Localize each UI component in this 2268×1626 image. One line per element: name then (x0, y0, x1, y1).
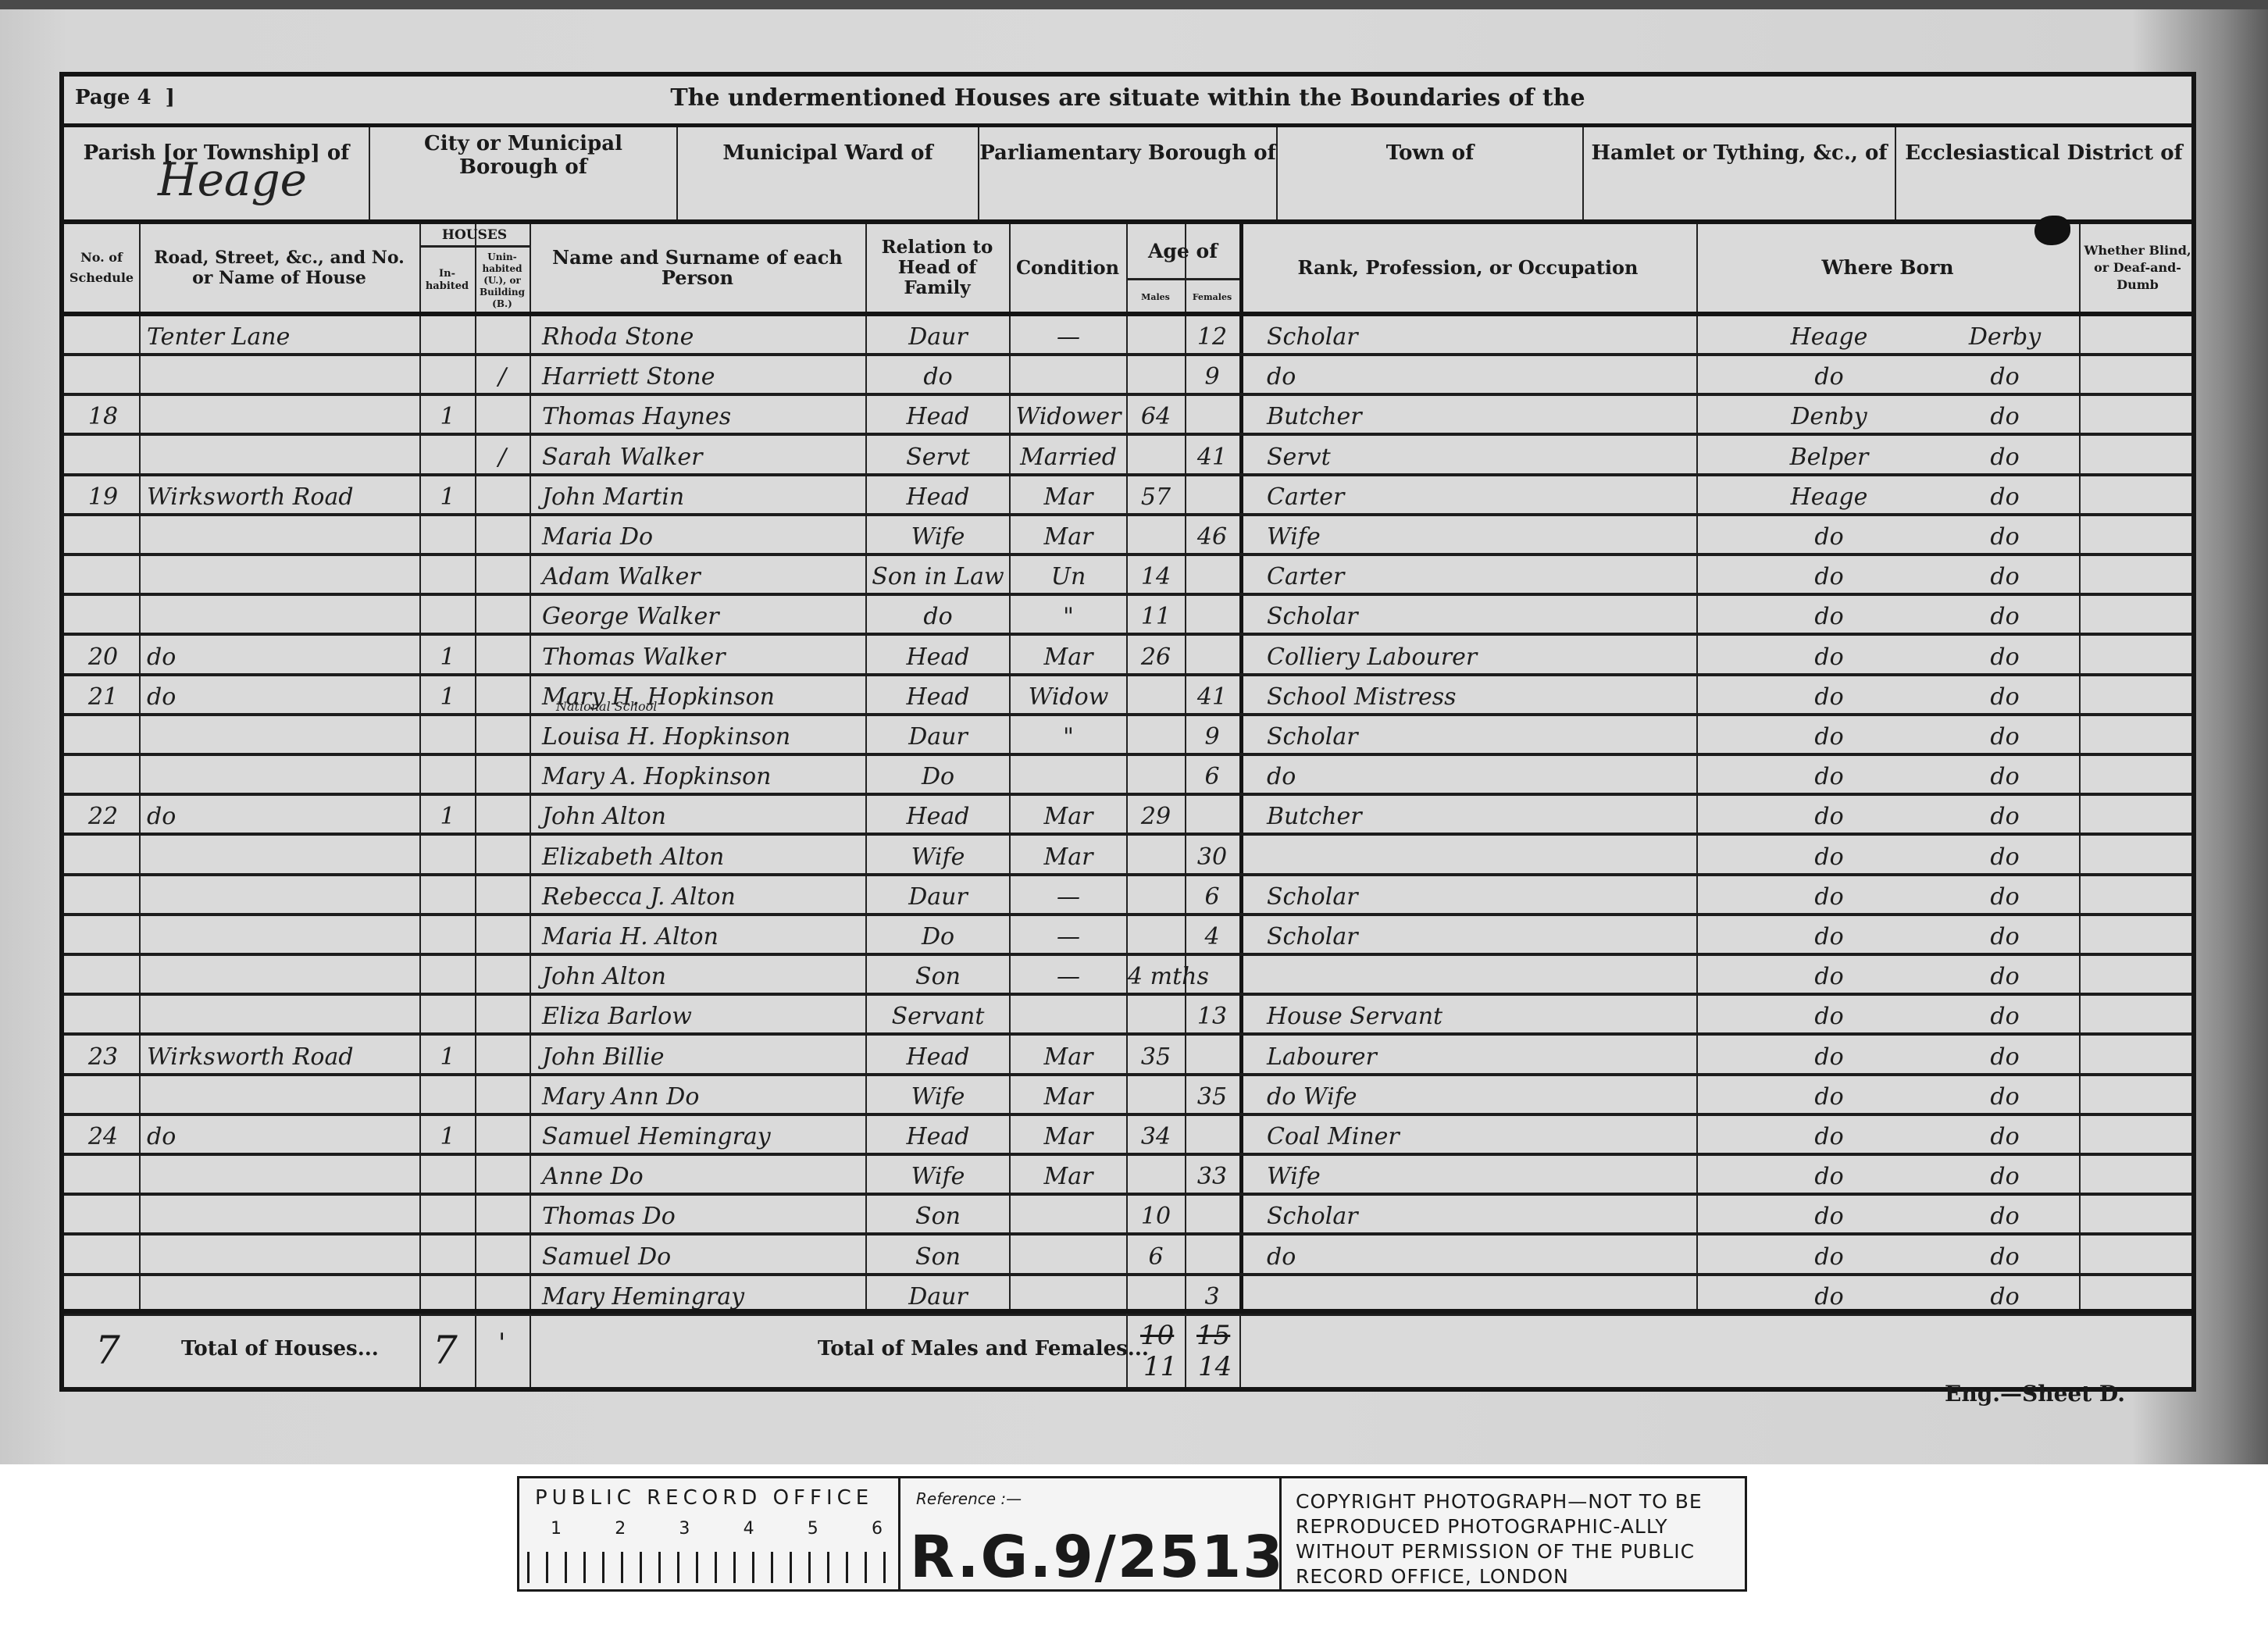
pro-ruler-panel: PUBLIC RECORD OFFICE 1 2 3 4 5 6 (519, 1478, 900, 1589)
ruler-number: 3 (679, 1519, 690, 1539)
header-condition: Condition (1009, 224, 1126, 312)
relation-to-head: Wife (872, 1076, 1004, 1113)
occupation: Wife (1267, 516, 1689, 553)
male-age: 26 (1128, 636, 1184, 673)
occupation: Carter (1267, 556, 1689, 593)
table-row: 19Wirksworth Road1John MartinHeadMar57Ca… (64, 476, 2191, 516)
grid-line (1126, 1314, 1128, 1387)
uninhabited-mark (478, 956, 526, 993)
inhabited-mark (423, 1196, 472, 1232)
uninhabited-mark (478, 316, 526, 353)
municipal-ward-field: Municipal Ward of (678, 127, 979, 219)
person-name: Mary Ann Do (542, 1076, 862, 1113)
uninhabited-mark (478, 556, 526, 593)
header-blind-deaf: Whether Blind, or Deaf-and-Dumb (2079, 224, 2196, 312)
inhabited-mark: 1 (423, 676, 472, 713)
road-name: do (147, 636, 416, 673)
marital-condition: Married (1014, 437, 1123, 473)
road-name (147, 996, 416, 1032)
schedule-number (72, 1196, 134, 1232)
inhabited-mark (423, 716, 472, 753)
occupation: Butcher (1267, 796, 1689, 833)
schedule-number (72, 596, 134, 633)
female-age (1186, 796, 1238, 833)
inhabited-mark (423, 956, 472, 993)
relation-to-head: Head (872, 476, 1004, 513)
marital-condition: Mar (1014, 516, 1123, 553)
relation-to-head: Son (872, 1196, 1004, 1232)
page-top-edge (0, 0, 2268, 9)
relation-to-head: Daur (872, 716, 1004, 753)
table-row: /Harriett Stonedo9dododo (64, 356, 2191, 396)
total-males-corrected: 11 (1143, 1351, 1177, 1382)
marital-condition (1014, 1276, 1123, 1313)
male-age (1128, 1156, 1184, 1193)
schedule-number (72, 996, 134, 1032)
occupation: House Servant (1267, 996, 1689, 1032)
male-age (1128, 316, 1184, 353)
birthplace-parish: do (1759, 876, 1899, 913)
occupation: do (1267, 756, 1689, 793)
male-age (1128, 356, 1184, 393)
ecclesiastical-district-field: Ecclesiastical District of (1896, 127, 2191, 219)
occupation: Scholar (1267, 716, 1689, 753)
ruler-number: 5 (808, 1519, 818, 1539)
road-name (147, 356, 416, 393)
relation-to-head: Servt (872, 437, 1004, 473)
schedule-number (72, 1236, 134, 1273)
name-annotation: National School (556, 699, 657, 736)
uninhabited-mark (478, 996, 526, 1032)
female-age (1186, 636, 1238, 673)
birthplace-county: Derby (1938, 316, 2071, 353)
total-houses-label: Total of Houses... (181, 1337, 379, 1360)
relation-to-head: Daur (872, 876, 1004, 913)
birthplace-county: do (1938, 1156, 2071, 1193)
marital-condition: Mar (1014, 476, 1123, 513)
schedule-number (72, 1276, 134, 1313)
total-persons-label: Total of Males and Females... (818, 1337, 1149, 1360)
table-row: Elizabeth AltonWifeMar30dodo (64, 836, 2191, 876)
male-age (1128, 676, 1184, 713)
relation-to-head: Wife (872, 516, 1004, 553)
female-age (1186, 956, 1238, 993)
birthplace-parish: do (1759, 1276, 1899, 1313)
inhabited-mark: 1 (423, 476, 472, 513)
relation-to-head: Head (872, 636, 1004, 673)
table-row: George Walkerdo"11Scholardodo (64, 596, 2191, 636)
birthplace-county: do (1938, 1276, 2071, 1313)
road-name (147, 1236, 416, 1273)
road-name: do (147, 676, 416, 713)
road-name (147, 596, 416, 633)
birthplace-parish: do (1759, 1116, 1899, 1153)
birthplace-county: do (1938, 1036, 2071, 1073)
header-name: Name and Surname of each Person (530, 224, 865, 312)
marital-condition: Widow (1014, 676, 1123, 713)
male-age: 64 (1128, 396, 1184, 433)
uninhabited-mark (478, 636, 526, 673)
female-age: 6 (1186, 756, 1238, 793)
inhabited-mark: 1 (423, 636, 472, 673)
inhabited-mark (423, 1156, 472, 1193)
inhabited-mark (423, 1076, 472, 1113)
occupation: do Wife (1267, 1076, 1689, 1113)
birthplace-county: do (1938, 756, 2071, 793)
totals-row: 7 Total of Houses... 7 ' Total of Males … (64, 1309, 2191, 1387)
town-label: Town of (1278, 141, 1582, 165)
schedule-number (72, 756, 134, 793)
table-row: 23Wirksworth Road1John BillieHeadMar35La… (64, 1036, 2191, 1076)
male-age (1128, 516, 1184, 553)
occupation: do (1267, 1236, 1689, 1273)
marital-condition: Widower (1014, 396, 1123, 433)
birthplace-parish: do (1759, 1036, 1899, 1073)
ecclesiastical-district-label: Ecclesiastical District of (1896, 141, 2191, 165)
birthplace-parish: do (1759, 1076, 1899, 1113)
marital-condition (1014, 996, 1123, 1032)
uninhabited-mark (478, 1036, 526, 1073)
marital-condition: Mar (1014, 1156, 1123, 1193)
copyright-notice: COPYRIGHT PHOTOGRAPH—NOT TO BE REPRODUCE… (1282, 1478, 1745, 1589)
uninhabited-mark (478, 516, 526, 553)
road-name (147, 396, 416, 433)
relation-to-head: Head (872, 1036, 1004, 1073)
male-age: 35 (1128, 1036, 1184, 1073)
person-name: Anne Do (542, 1156, 862, 1193)
female-age: 13 (1186, 996, 1238, 1032)
relation-to-head: do (872, 596, 1004, 633)
relation-to-head: do (872, 356, 1004, 393)
marital-condition (1014, 1236, 1123, 1273)
archive-reference-label: PUBLIC RECORD OFFICE 1 2 3 4 5 6 Referen… (517, 1476, 1747, 1592)
person-name: John Alton (542, 796, 862, 833)
inhabited-mark (423, 556, 472, 593)
table-row: Thomas DoSon10Scholardodo (64, 1196, 2191, 1236)
table-row: John AltonSon—4 mthsdodo (64, 956, 2191, 996)
ruler-number: 4 (744, 1519, 754, 1539)
person-name: Rhoda Stone (542, 316, 862, 353)
marital-condition: Mar (1014, 1036, 1123, 1073)
parish-value: Heage (158, 168, 307, 191)
male-age: 14 (1128, 556, 1184, 593)
occupation: Coal Miner (1267, 1116, 1689, 1153)
uninhabited-mark (478, 476, 526, 513)
schedule-number (72, 956, 134, 993)
marital-condition: Mar (1014, 1116, 1123, 1153)
female-age: 46 (1186, 516, 1238, 553)
header-occupation: Rank, Profession, or Occupation (1239, 224, 1696, 312)
birthplace-county: do (1938, 1236, 2071, 1273)
relation-to-head: Do (872, 916, 1004, 953)
total-females-original: 15 (1196, 1320, 1230, 1351)
person-name: John Billie (542, 1036, 862, 1073)
schedule-number (72, 916, 134, 953)
table-row: Samuel DoSon6dododo (64, 1236, 2191, 1276)
female-age: 4 (1186, 916, 1238, 953)
header-schedule: No. of Schedule (64, 224, 139, 312)
birthplace-parish: do (1759, 516, 1899, 553)
birthplace-parish: do (1759, 1236, 1899, 1273)
birthplace-county: do (1938, 396, 2071, 433)
parliamentary-borough-label: Parliamentary Borough of (979, 141, 1276, 165)
reference-panel: Reference :— R.G.9/2513 (900, 1478, 1282, 1589)
marital-condition (1014, 756, 1123, 793)
form-title: The undermentioned Houses are situate wi… (64, 84, 2191, 112)
birthplace-county: do (1938, 556, 2071, 593)
person-name: John Martin (542, 476, 862, 513)
road-name: Wirksworth Road (147, 1036, 416, 1073)
table-row: 21do1Mary H. HopkinsonHeadWidow41School … (64, 676, 2191, 716)
birthplace-county: do (1938, 956, 2071, 993)
uninhabited-mark (478, 716, 526, 753)
birthplace-parish: Heage (1759, 316, 1899, 353)
relation-to-head: Daur (872, 316, 1004, 353)
table-row: Mary A. HopkinsonDo6dododo (64, 756, 2191, 796)
occupation: School Mistress (1267, 676, 1689, 713)
ink-blot (2034, 216, 2070, 245)
female-age: 41 (1186, 676, 1238, 713)
marital-condition: Mar (1014, 836, 1123, 873)
schedule-number (72, 876, 134, 913)
birthplace-county: do (1938, 596, 2071, 633)
male-age (1128, 1076, 1184, 1113)
schedule-number (72, 716, 134, 753)
header-road: Road, Street, &c., and No. or Name of Ho… (139, 224, 419, 312)
inhabited-mark (423, 1236, 472, 1273)
schedule-number (72, 316, 134, 353)
birthplace-county: do (1938, 476, 2071, 513)
hamlet-label: Hamlet or Tything, &c., of (1584, 141, 1895, 165)
schedule-number (72, 1156, 134, 1193)
table-row: Louisa H. HopkinsonDaur"9ScholardodoNati… (64, 716, 2191, 756)
uninhabited-mark (478, 1116, 526, 1153)
road-name (147, 1156, 416, 1193)
relation-to-head: Son in Law (872, 556, 1004, 593)
inhabited-mark: 1 (423, 796, 472, 833)
female-age: 9 (1186, 356, 1238, 393)
table-row: Adam WalkerSon in LawUn14Carterdodo (64, 556, 2191, 596)
uninhabited-mark: / (478, 356, 526, 393)
male-age: 57 (1128, 476, 1184, 513)
birthplace-parish: do (1759, 636, 1899, 673)
parliamentary-borough-field: Parliamentary Borough of (979, 127, 1278, 219)
table-row: Maria H. AltonDo—4Scholardodo (64, 916, 2191, 956)
relation-to-head: Wife (872, 836, 1004, 873)
ruler-number: 2 (615, 1519, 626, 1539)
occupation: Scholar (1267, 916, 1689, 953)
birthplace-parish: do (1759, 996, 1899, 1032)
road-name: Tenter Lane (147, 316, 416, 353)
road-name (147, 516, 416, 553)
birthplace-parish: do (1759, 1156, 1899, 1193)
person-name: George Walker (542, 596, 862, 633)
road-name (147, 716, 416, 753)
header-females: Females (1185, 283, 1239, 312)
boundaries-band: Parish [or Township] of Heage City or Mu… (64, 127, 2191, 224)
schedule-number (72, 556, 134, 593)
table-row: Anne DoWifeMar33Wifedodo (64, 1156, 2191, 1196)
female-age (1186, 596, 1238, 633)
office-name: PUBLIC RECORD OFFICE (535, 1486, 873, 1510)
table-row: Mary Ann DoWifeMar35do Wifedodo (64, 1076, 2191, 1116)
female-age (1186, 1196, 1238, 1232)
male-age (1128, 756, 1184, 793)
female-age: 35 (1186, 1076, 1238, 1113)
occupation (1267, 956, 1689, 993)
male-age: 11 (1128, 596, 1184, 633)
road-name (147, 437, 416, 473)
female-age: 3 (1186, 1276, 1238, 1313)
table-row: Tenter LaneRhoda StoneDaur—12ScholarHeag… (64, 316, 2191, 356)
relation-to-head: Wife (872, 1156, 1004, 1193)
uninhabited-mark (478, 1076, 526, 1113)
birthplace-parish: do (1759, 676, 1899, 713)
birthplace-parish: Denby (1759, 396, 1899, 433)
road-name (147, 1276, 416, 1313)
uninhabited-mark (478, 1156, 526, 1193)
person-name: Maria Do (542, 516, 862, 553)
inhabited-mark (423, 437, 472, 473)
total-males-original: 10 (1140, 1320, 1174, 1351)
road-name (147, 1196, 416, 1232)
female-age (1186, 556, 1238, 593)
person-name: Mary A. Hopkinson (542, 756, 862, 793)
inhabited-mark (423, 996, 472, 1032)
occupation: Scholar (1267, 596, 1689, 633)
female-age (1186, 1036, 1238, 1073)
uninhabited-mark (478, 836, 526, 873)
marital-condition: — (1014, 316, 1123, 353)
schedule-number (72, 516, 134, 553)
table-row: 24do1Samuel HemingrayHeadMar34Coal Miner… (64, 1116, 2191, 1156)
male-age (1128, 1276, 1184, 1313)
relation-to-head: Head (872, 676, 1004, 713)
schedule-number: 23 (72, 1036, 134, 1073)
relation-to-head: Daur (872, 1276, 1004, 1313)
occupation: Wife (1267, 1156, 1689, 1193)
birthplace-county: do (1938, 1116, 2071, 1153)
inhabited-mark (423, 516, 472, 553)
header-inhabited: In-habited (419, 249, 475, 312)
person-name: Maria H. Alton (542, 916, 862, 953)
table-row: 181Thomas HaynesHeadWidower64ButcherDenb… (64, 396, 2191, 436)
male-age (1128, 836, 1184, 873)
birthplace-parish: do (1759, 796, 1899, 833)
female-age (1186, 476, 1238, 513)
total-inhabited: 7 (433, 1328, 458, 1373)
grid-line (475, 1314, 476, 1387)
relation-to-head: Son (872, 956, 1004, 993)
road-name (147, 1076, 416, 1113)
grid-line (419, 1314, 421, 1387)
total-females-corrected: 14 (1198, 1351, 1232, 1382)
birthplace-parish: do (1759, 956, 1899, 993)
female-age (1186, 1116, 1238, 1153)
birthplace-parish: do (1759, 916, 1899, 953)
person-name: Eliza Barlow (542, 996, 862, 1032)
road-name (147, 836, 416, 873)
road-name (147, 956, 416, 993)
male-age: 10 (1128, 1196, 1184, 1232)
marital-condition: " (1014, 716, 1123, 753)
table-row: Rebecca J. AltonDaur—6Scholardodo (64, 876, 2191, 916)
census-form: Page 4] The undermentioned Houses are si… (59, 72, 2196, 1392)
marital-condition: Mar (1014, 636, 1123, 673)
occupation: do (1267, 356, 1689, 393)
form-title-band: Page 4] The undermentioned Houses are si… (64, 77, 2191, 127)
female-age: 33 (1186, 1156, 1238, 1193)
person-name: Mary Hemingray (542, 1276, 862, 1313)
birthplace-county: do (1938, 1196, 2071, 1232)
birthplace-parish: Belper (1759, 437, 1899, 473)
marital-condition: Un (1014, 556, 1123, 593)
occupation: Servt (1267, 437, 1689, 473)
uninhabited-mark (478, 1236, 526, 1273)
ruler-number: 6 (872, 1519, 883, 1539)
birthplace-parish: do (1759, 1196, 1899, 1232)
person-name: Rebecca J. Alton (542, 876, 862, 913)
uninhabited-mark (478, 756, 526, 793)
person-name: John Alton (542, 956, 862, 993)
relation-to-head: Son (872, 1236, 1004, 1273)
schedule-count: 7 (95, 1328, 120, 1373)
schedule-number: 20 (72, 636, 134, 673)
male-age: 6 (1128, 1236, 1184, 1273)
parish-field: Parish [or Township] of Heage (64, 127, 370, 219)
male-age: 29 (1128, 796, 1184, 833)
ruler-number: 1 (551, 1519, 562, 1539)
marital-condition: — (1014, 956, 1123, 993)
occupation: Carter (1267, 476, 1689, 513)
header-houses: HOUSES (419, 224, 530, 248)
person-name: Thomas Do (542, 1196, 862, 1232)
table-row: /Sarah WalkerServtMarried41ServtBelperdo (64, 437, 2191, 476)
table-row: 22do1John AltonHeadMar29Butcherdodo (64, 796, 2191, 836)
schedule-number (72, 836, 134, 873)
marital-condition (1014, 1196, 1123, 1232)
female-age: 41 (1186, 437, 1238, 473)
road-name (147, 916, 416, 953)
birthplace-parish: do (1759, 836, 1899, 873)
male-age (1128, 876, 1184, 913)
ruler-ticks (527, 1552, 890, 1583)
male-age (1128, 716, 1184, 753)
schedule-number: 21 (72, 676, 134, 713)
inhabited-mark (423, 356, 472, 393)
hamlet-field: Hamlet or Tything, &c., of (1584, 127, 1896, 219)
schedule-number: 18 (72, 396, 134, 433)
male-age (1128, 916, 1184, 953)
header-age: Age of (1126, 224, 1239, 280)
schedule-number: 24 (72, 1116, 134, 1153)
relation-to-head: Head (872, 796, 1004, 833)
birthplace-county: do (1938, 516, 2071, 553)
marital-condition: Mar (1014, 796, 1123, 833)
birthplace-county: do (1938, 1076, 2071, 1113)
male-age: 34 (1128, 1116, 1184, 1153)
reference-code: R.G.9/2513 (910, 1524, 1285, 1591)
header-where-born: Where Born (1696, 224, 2079, 312)
road-name (147, 876, 416, 913)
birthplace-county: do (1938, 916, 2071, 953)
birthplace-county: do (1938, 716, 2071, 753)
uninhabited-mark (478, 596, 526, 633)
relation-to-head: Servant (872, 996, 1004, 1032)
sheet-label: Eng.—Sheet D. (1945, 1381, 2125, 1407)
relation-to-head: Head (872, 1116, 1004, 1153)
relation-to-head: Do (872, 756, 1004, 793)
